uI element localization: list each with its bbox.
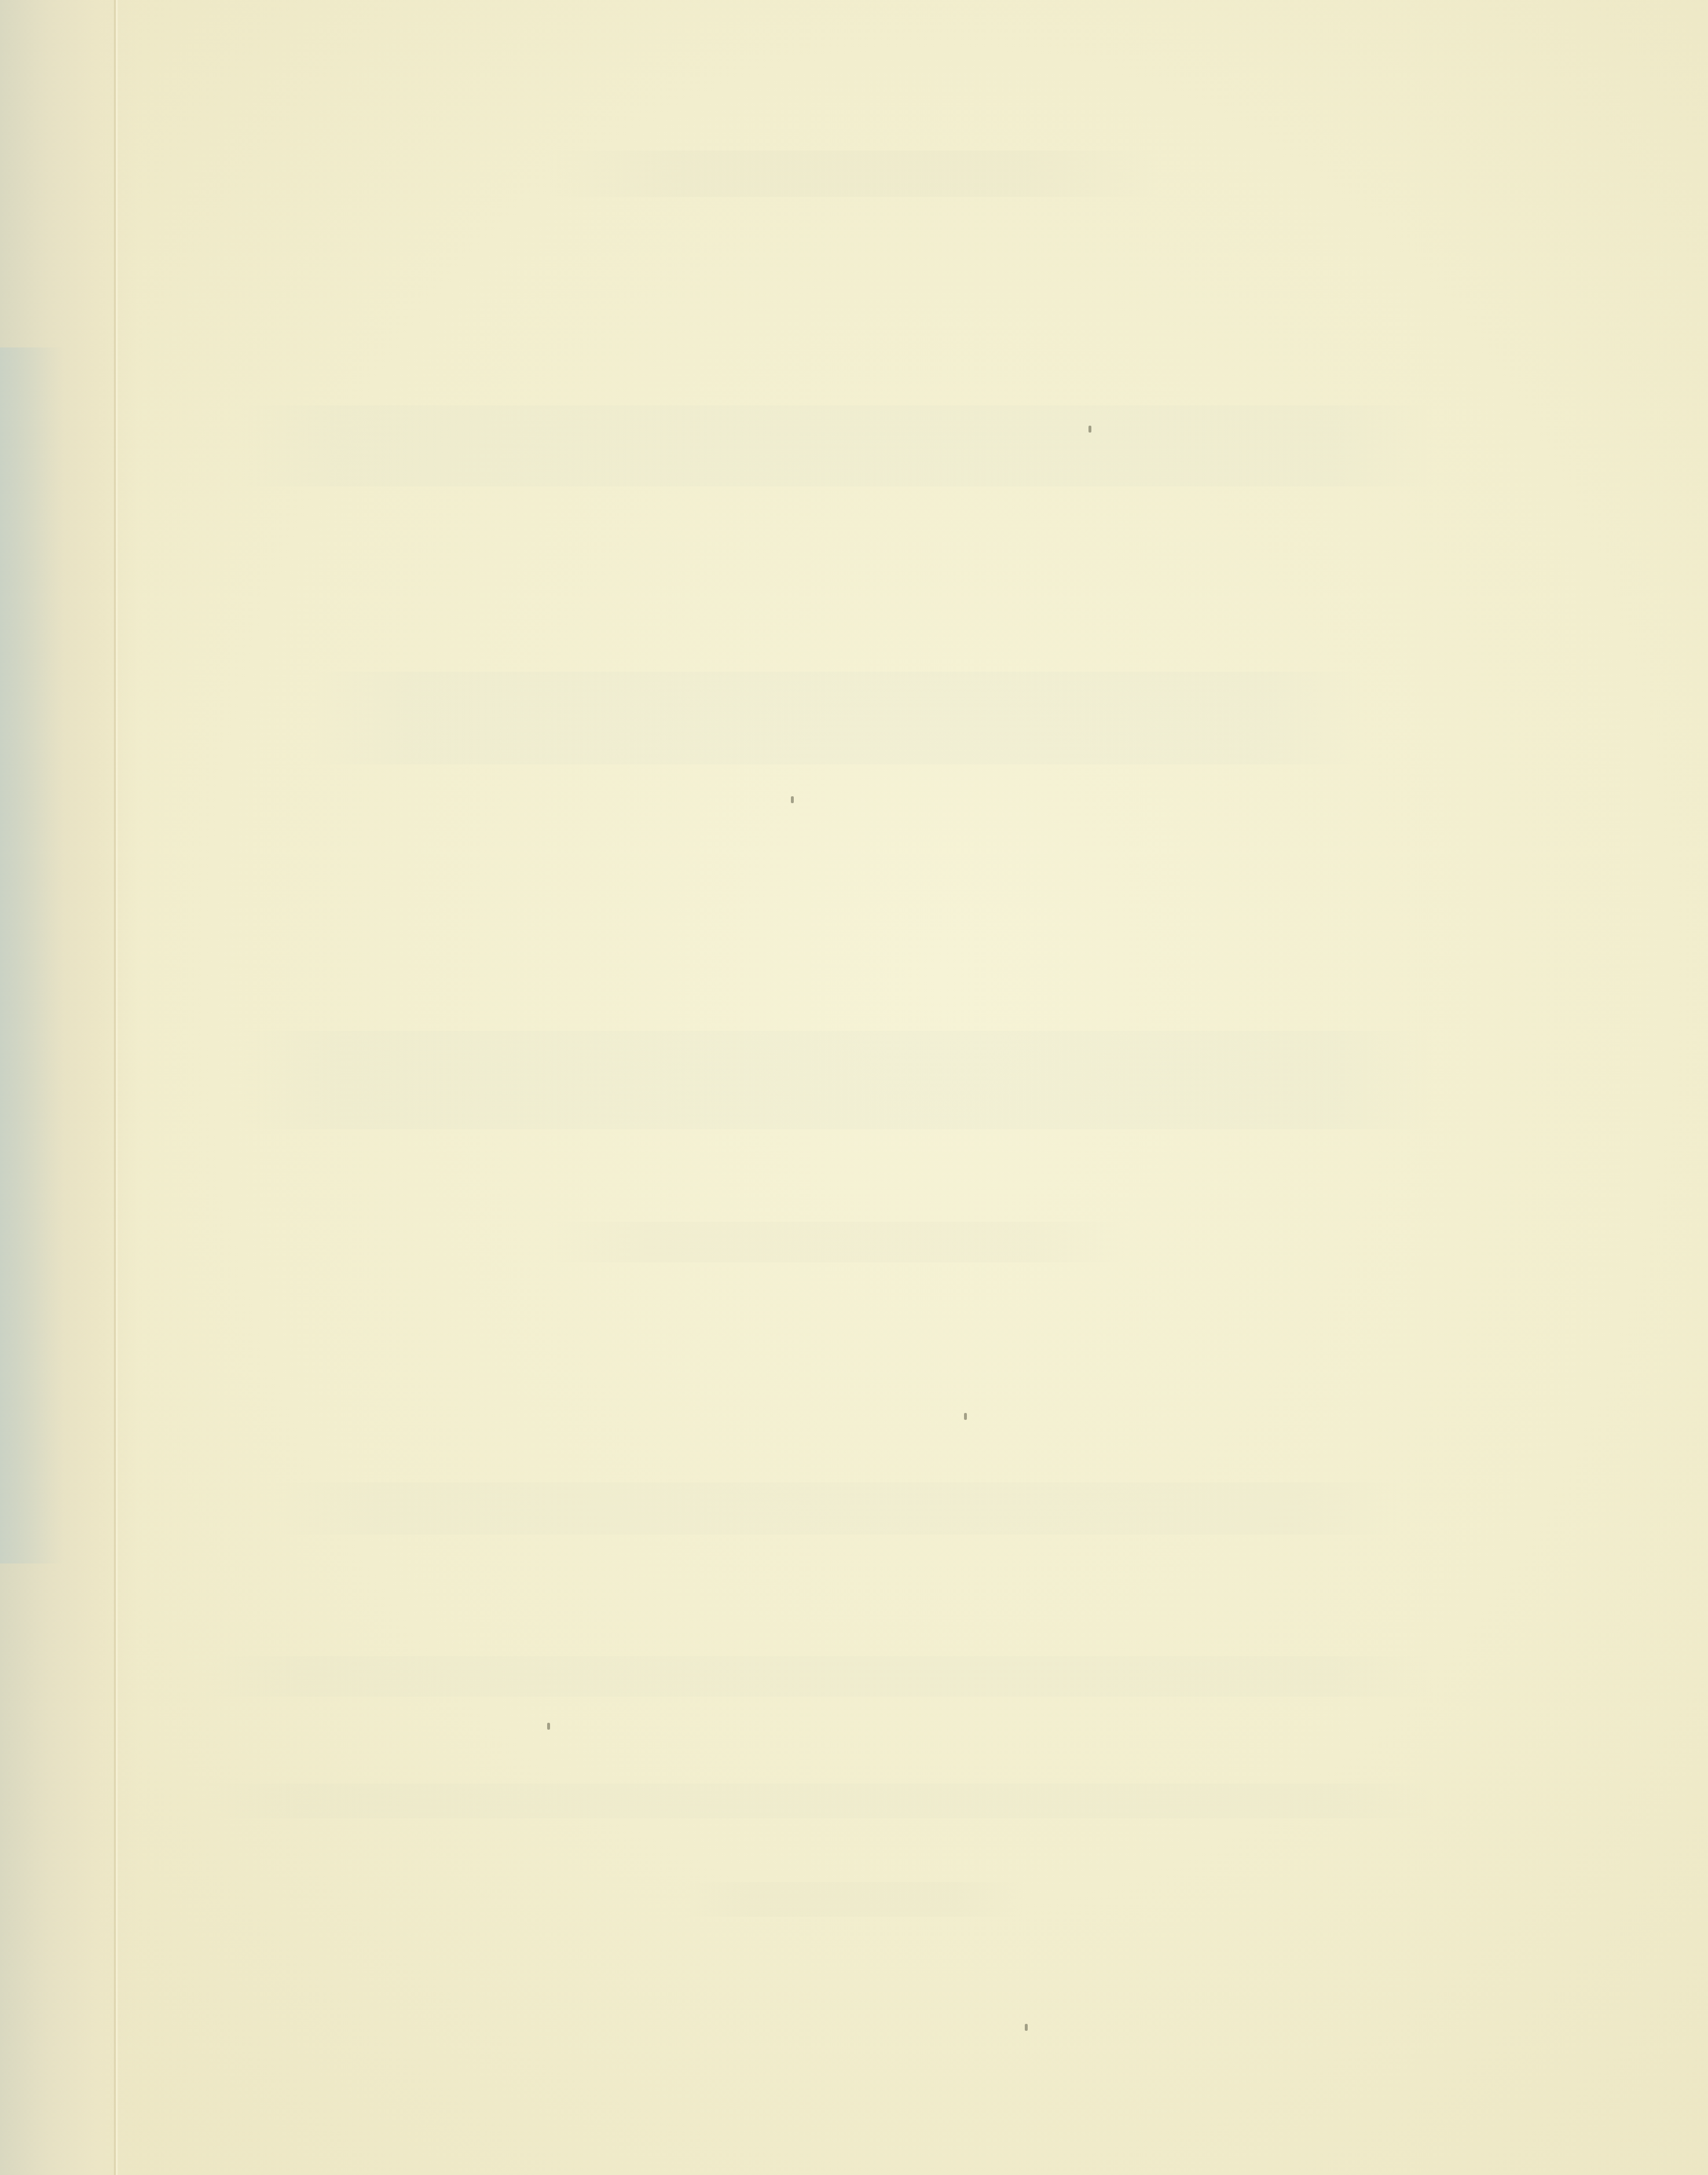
- paper-speck: [1025, 2024, 1028, 2031]
- show-through-band: [0, 1482, 1708, 1535]
- show-through-band: [0, 1656, 1708, 1697]
- show-through-band: [0, 1222, 1708, 1262]
- gutter-stain: [0, 347, 64, 1563]
- show-through-band: [0, 1784, 1708, 1818]
- show-through-band: [0, 672, 1708, 764]
- show-through-band: [0, 1882, 1708, 1917]
- show-through-band: [0, 1031, 1708, 1129]
- blank-page: Blank page with faint mirrored show-thro…: [0, 0, 1708, 2175]
- paper-speck: [547, 1723, 550, 1730]
- paper-speck: [791, 796, 794, 803]
- paper-speck: [964, 1413, 967, 1420]
- paper-speck: [1088, 426, 1091, 433]
- show-through-band: [0, 151, 1708, 197]
- show-through-band: [0, 405, 1708, 486]
